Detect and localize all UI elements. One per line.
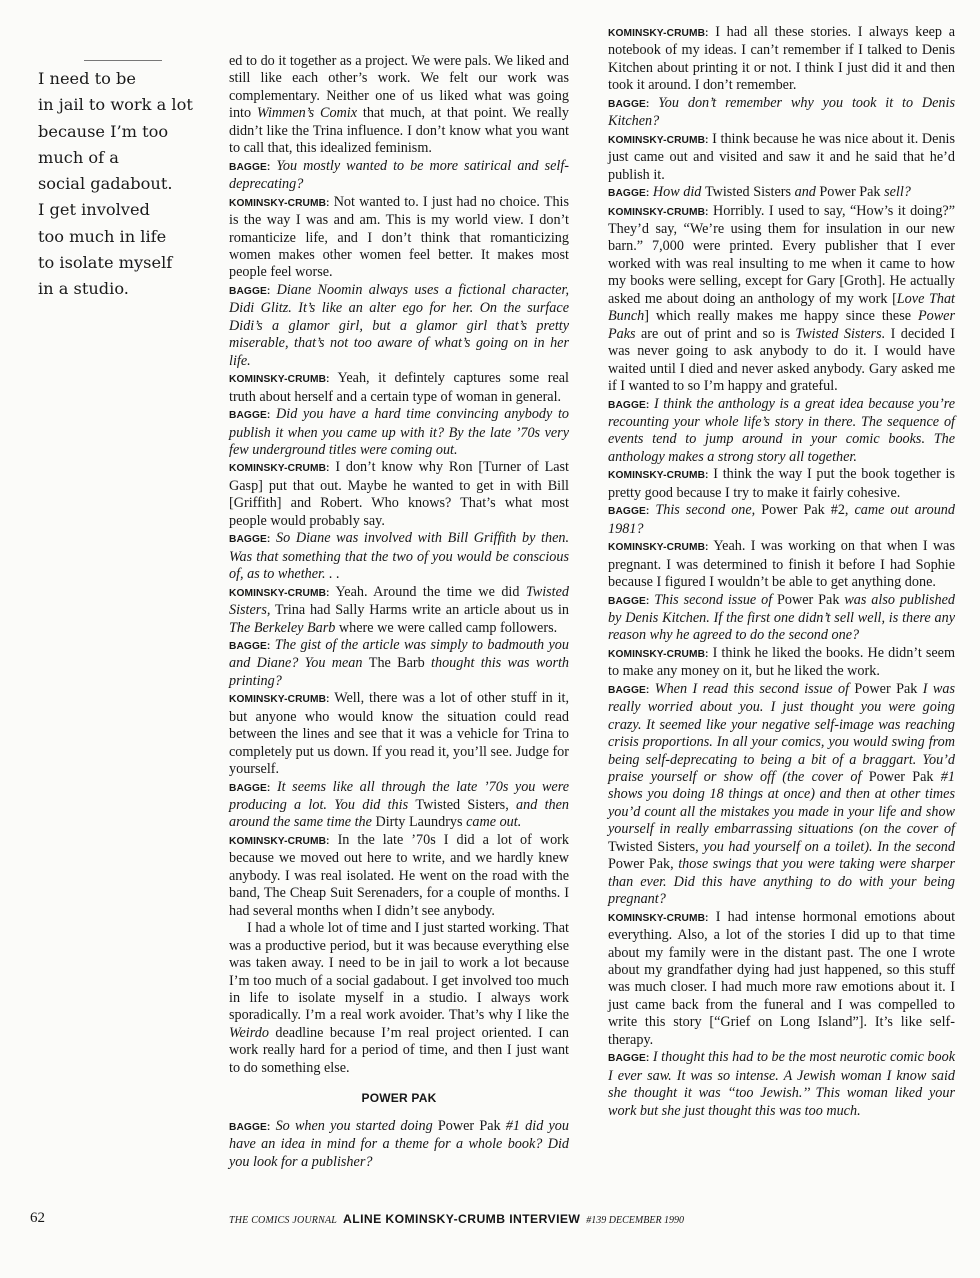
title-ref: Twisted Sisters [705,184,791,200]
question-paragraph: BAGGE: You mostly wanted to be more sati… [229,158,569,194]
speaker-label: KOMINSKY-CRUMB: [608,542,709,553]
answer-paragraph: KOMINSKY-CRUMB: Horribly. I used to say,… [608,203,955,396]
answer-paragraph: KOMINSKY-CRUMB: I think because he was n… [608,131,955,184]
pull-quote-line: I need to be [38,66,223,92]
article-title: ALINE KOMINSKY-CRUMB INTERVIEW [343,1212,580,1226]
title-ref: Power Pak [869,769,934,785]
pull-quote-line: too much in life [38,224,223,250]
speaker-label: BAGGE: [608,685,649,696]
speaker-label: KOMINSKY-CRUMB: [608,470,709,481]
question-paragraph: BAGGE: It seems like all through the lat… [229,779,569,832]
pull-quote: I need to be in jail to work a lot becau… [38,66,223,303]
answer-paragraph: KOMINSKY-CRUMB: In the late ’70s I did a… [229,832,569,920]
answer-paragraph: KOMINSKY-CRUMB: I think he liked the boo… [608,645,955,681]
title-ref: Power Pak #2, [761,502,848,518]
middle-column: ed to do it together as a project. We we… [229,53,569,1171]
question-paragraph: BAGGE: This second issue of Power Pak wa… [608,592,955,645]
title-ref: Weirdo [229,1025,269,1041]
pull-quote-line: because I’m too [38,119,223,145]
speaker-label: BAGGE: [229,410,270,421]
speaker-label: BAGGE: [229,534,270,545]
answer-paragraph: KOMINSKY-CRUMB: Not wanted to. I just ha… [229,194,569,282]
speaker-label: BAGGE: [608,1053,649,1064]
speaker-label: KOMINSKY-CRUMB: [229,836,330,847]
title-ref: Power Pak [854,681,917,697]
running-footer: THE COMICS JOURNALALINE KOMINSKY-CRUMB I… [229,1212,684,1226]
speaker-label: BAGGE: [608,506,649,517]
pull-quote-line: much of a [38,145,223,171]
title-ref: Twisted Sisters. [795,326,885,342]
pull-quote-line: I get involved [38,197,223,223]
answer-paragraph: KOMINSKY-CRUMB: Well, there was a lot of… [229,690,569,778]
speaker-label: BAGGE: [608,400,649,411]
title-ref: The Berkeley Barb [229,620,335,636]
title-ref: The Barb [369,655,425,671]
speaker-label: BAGGE: [608,99,649,110]
speaker-label: KOMINSKY-CRUMB: [229,463,330,474]
pull-quote-line: to isolate myself [38,250,223,276]
question-paragraph: BAGGE: When I read this second issue of … [608,681,955,909]
right-column: KOMINSKY-CRUMB: I had all these stories.… [608,24,955,1120]
title-ref: Power Pak [438,1118,501,1134]
question-paragraph: BAGGE: I thought this had to be the most… [608,1049,955,1120]
page-number: 62 [30,1210,45,1227]
question-paragraph: BAGGE: I think the anthology is a great … [608,396,955,467]
speaker-label: BAGGE: [608,188,649,199]
speaker-label: KOMINSKY-CRUMB: [229,694,330,705]
question-paragraph: BAGGE: This second one, Power Pak #2, ca… [608,502,955,538]
speaker-label: BAGGE: [229,286,270,297]
pull-quote-rule [84,60,162,61]
question-paragraph: BAGGE: Diane Noomin always uses a fictio… [229,282,569,370]
answer-paragraph: KOMINSKY-CRUMB: I had intense hormonal e… [608,909,955,1050]
title-ref: Dirty Laundrys [375,814,462,830]
question-paragraph: BAGGE: The gist of the article was simpl… [229,637,569,690]
speaker-label: BAGGE: [229,162,270,173]
title-ref: Power Pak, [608,856,674,872]
answer-paragraph: KOMINSKY-CRUMB: Yeah, it defintely captu… [229,370,569,406]
speaker-label: KOMINSKY-CRUMB: [229,198,330,209]
pull-quote-line: in a studio. [38,276,223,302]
question-paragraph: BAGGE: So when you started doing Power P… [229,1118,569,1171]
answer-paragraph: KOMINSKY-CRUMB: I think the way I put th… [608,466,955,502]
answer-paragraph: ed to do it together as a project. We we… [229,53,569,158]
answer-paragraph: KOMINSKY-CRUMB: I had all these stories.… [608,24,955,95]
answer-paragraph: I had a whole lot of time and I just sta… [229,920,569,1077]
title-ref: Power Pak [777,592,839,608]
title-ref: Twisted Sisters, [608,839,699,855]
section-heading: POWER PAK [229,1090,569,1107]
speaker-label: KOMINSKY-CRUMB: [229,374,330,385]
question-paragraph: BAGGE: So Diane was involved with Bill G… [229,530,569,583]
title-ref: Wimmen’s Comix [257,105,357,121]
speaker-label: KOMINSKY-CRUMB: [608,28,709,39]
question-paragraph: BAGGE: You don’t remember why you took i… [608,95,955,131]
speaker-label: KOMINSKY-CRUMB: [608,135,709,146]
answer-paragraph: KOMINSKY-CRUMB: Yeah. Around the time we… [229,584,569,637]
question-paragraph: BAGGE: How did Twisted Sisters and Power… [608,184,955,202]
speaker-label: BAGGE: [229,641,270,652]
speaker-label: KOMINSKY-CRUMB: [229,588,330,599]
question-paragraph: BAGGE: Did you have a hard time convinci… [229,406,569,459]
pull-quote-line: in jail to work a lot [38,92,223,118]
speaker-label: BAGGE: [229,1122,270,1133]
speaker-label: KOMINSKY-CRUMB: [608,207,709,218]
title-ref: Twisted Sisters, [415,797,508,813]
publication-name: THE COMICS JOURNAL [229,1215,337,1226]
speaker-label: KOMINSKY-CRUMB: [608,913,709,924]
speaker-label: BAGGE: [608,596,649,607]
speaker-label: KOMINSKY-CRUMB: [608,649,709,660]
answer-paragraph: KOMINSKY-CRUMB: I don’t know why Ron [Tu… [229,459,569,530]
pull-quote-line: social gadabout. [38,171,223,197]
title-ref: Power Pak [819,184,880,200]
answer-paragraph: KOMINSKY-CRUMB: Yeah. I was working on t… [608,538,955,591]
issue-info: #139 DECEMBER 1990 [586,1215,684,1226]
speaker-label: BAGGE: [229,783,270,794]
